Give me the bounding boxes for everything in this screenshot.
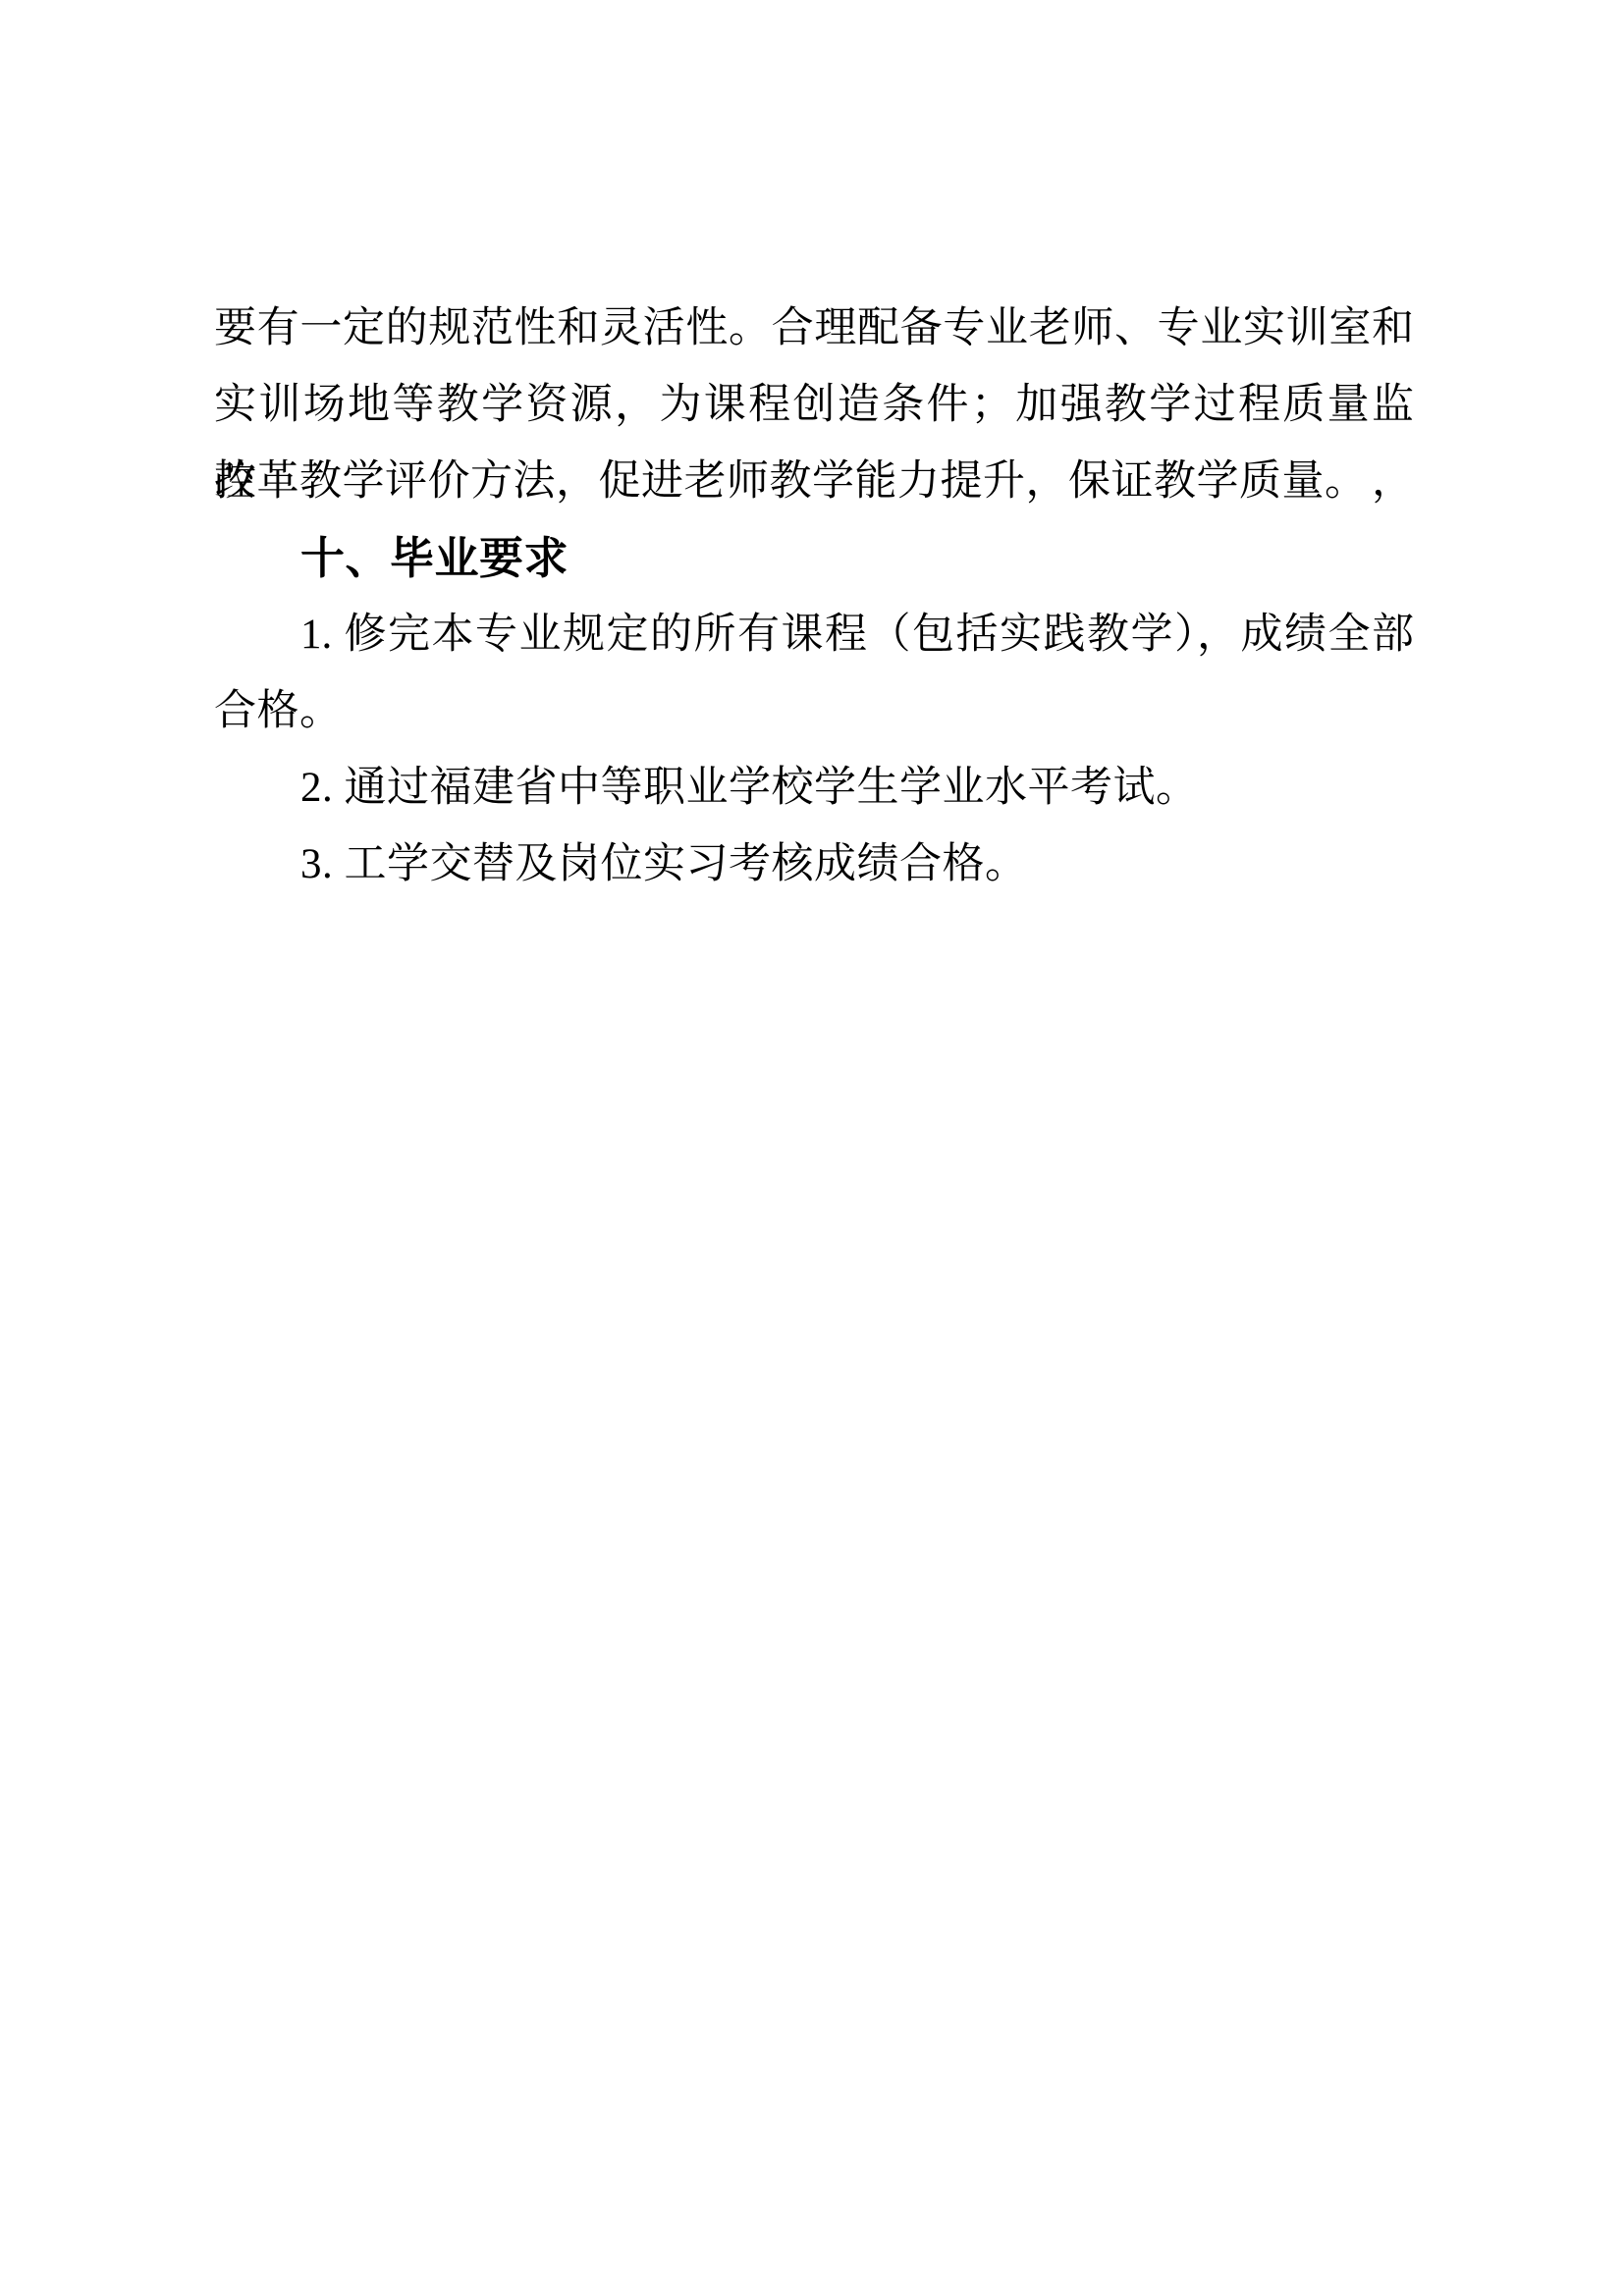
body-text-line: 实训场地等教学资源，为课程创造条件；加强教学过程质量监控， [214, 367, 1414, 444]
body-text-line: 要有一定的规范性和灵活性。合理配备专业老师、专业实训室和 [214, 291, 1414, 367]
page-content: 要有一定的规范性和灵活性。合理配备专业老师、专业实训室和实训场地等教学资源，为课… [214, 291, 1414, 903]
body-text-line: 改革教学评价方法，促进老师教学能力提升，保证教学质量。 [214, 444, 1414, 520]
section-heading: 十、毕业要求 [214, 520, 1414, 597]
body-text-line: 合格。 [214, 673, 1414, 750]
body-text-line: 2. 通过福建省中等职业学校学生学业水平考试。 [214, 750, 1414, 827]
body-text-line: 1. 修完本专业规定的所有课程（包括实践教学），成绩全部 [214, 597, 1414, 673]
body-text-line: 3. 工学交替及岗位实习考核成绩合格。 [214, 827, 1414, 903]
document-page: 要有一定的规范性和灵活性。合理配备专业老师、专业实训室和实训场地等教学资源，为课… [0, 0, 1624, 2296]
